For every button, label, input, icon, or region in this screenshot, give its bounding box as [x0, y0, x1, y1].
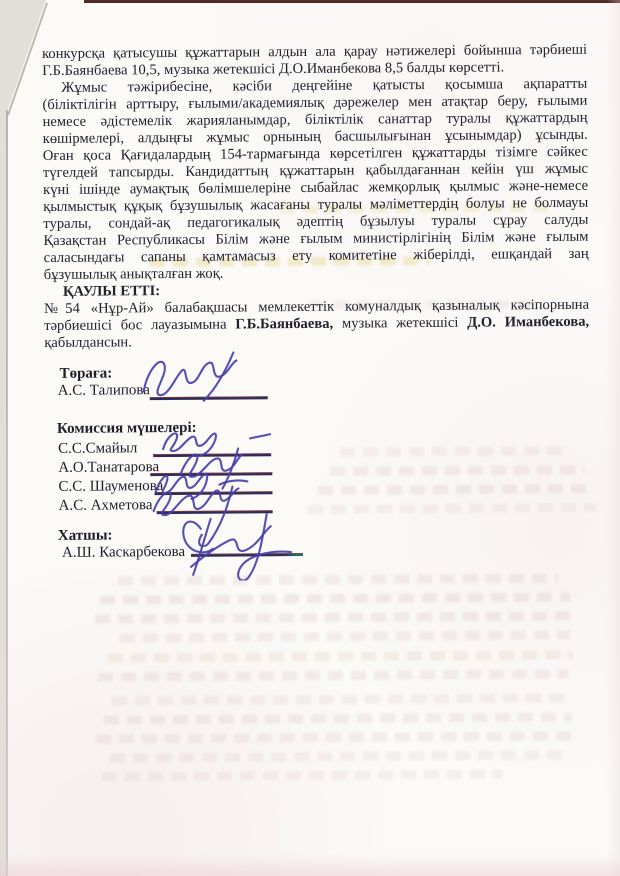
chair-name: А.С. Талипова: [58, 382, 150, 399]
member-name: С.С.Смайыл: [58, 440, 137, 457]
secretary-label: Хатшы:: [58, 527, 113, 543]
resolution-line: қабылдансын.: [44, 331, 589, 352]
signature-kaskarbekova-ink: [177, 508, 308, 581]
chair-label: Төраға:: [59, 365, 112, 381]
resolution-text: музыка жетекшісі: [333, 315, 467, 332]
resolution-text: тәрбиешісі бос лауазымына: [44, 317, 235, 335]
scan-top-edge-artifact: [84, 0, 620, 3]
appointee-name-imanbekova: Д.О. Иманбекова,: [467, 314, 589, 331]
scan-right-tint: [606, 0, 620, 876]
appointee-name-bayanbaeva: Г.Б.Баянбаева,: [235, 316, 333, 333]
signature-talipova-ink: [137, 350, 262, 403]
member-name: А.О.Танатарова: [58, 459, 159, 476]
document-body: конкурсқа қатысушы құжаттарын алдын ала …: [42, 42, 589, 352]
document-content: конкурсқа қатысушы құжаттарын алдын ала …: [0, 0, 620, 876]
scan-bottom-tint: [0, 854, 620, 876]
scanned-document-page: { "document": { "lines": [ "конкурсқа қа…: [0, 0, 620, 876]
member-name: А.С. Ахметова: [59, 497, 153, 514]
